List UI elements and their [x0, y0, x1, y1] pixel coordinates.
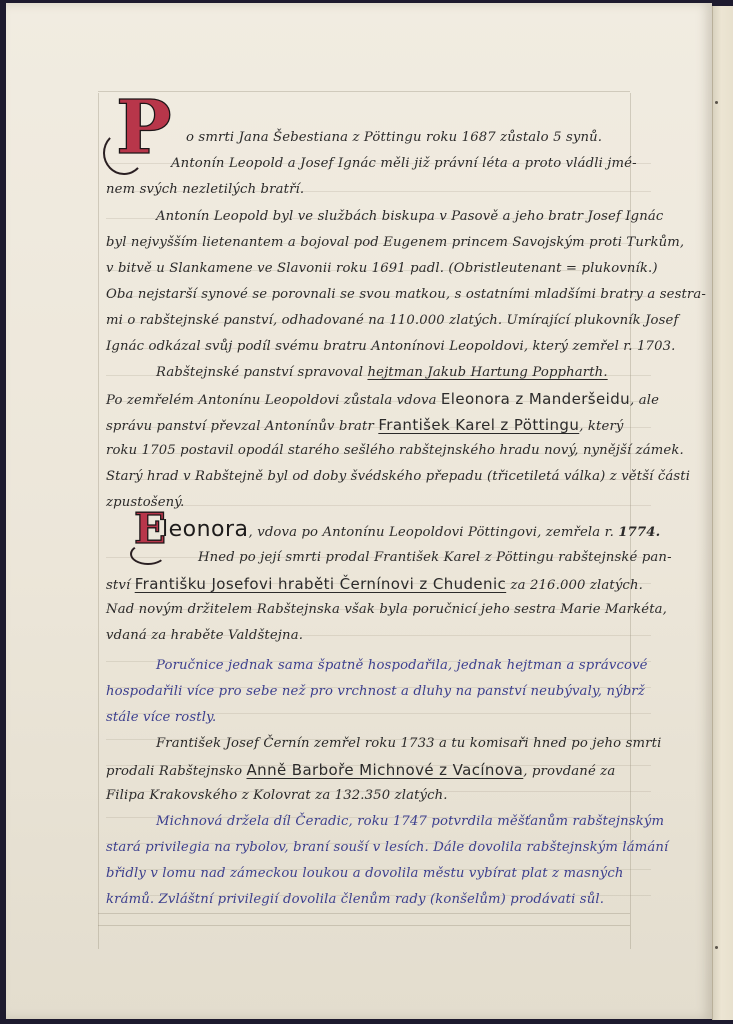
heading-name: leonora: [162, 517, 249, 542]
line-text: , provdané za: [523, 764, 615, 779]
text-line: prodali Rabštejnsko Anně Barboře Michnov…: [106, 761, 656, 781]
text-line: ství Františku Josefovi hraběti Černínov…: [106, 575, 656, 595]
line-text: ství: [106, 578, 135, 593]
text-line: nem svých nezletilých bratří.: [106, 181, 656, 199]
left-margin-line: [98, 93, 99, 949]
line-text: stará privilegia na rybolov, braní souší…: [106, 840, 668, 855]
text-line-blue: krámů. Zvláštní privilegií dovolila člen…: [106, 891, 656, 909]
underlined-name: Anně Barboře Michnové z Vacínova: [247, 761, 524, 779]
line-text: břidly v lomu nad zámeckou loukou a dovo…: [106, 866, 624, 881]
bottom-margin-line-2: [98, 925, 630, 926]
text-line-blue: Michnová držela díl Čeradic, roku 1747 p…: [106, 813, 656, 831]
line-text: Antonín Leopold a Josef Ignác měli již p…: [171, 156, 637, 171]
line-text: , vdova po Antonínu Leopoldovi Pöttingov…: [249, 525, 614, 540]
heading-year: 1774.: [618, 525, 660, 540]
text-line: o smrti Jana Šebestiana z Pöttingu roku …: [186, 129, 656, 147]
bottom-margin-line: [98, 913, 630, 914]
line-text: , který: [579, 419, 623, 434]
line-text: v bitvě u Slankamene ve Slavonii roku 16…: [106, 261, 658, 276]
line-text: Po zemřelém Antonínu Leopoldovi zůstala …: [106, 393, 441, 408]
line-text: Ignác odkázal svůj podíl svému bratru An…: [106, 339, 676, 354]
line-text: , ale: [630, 393, 659, 408]
text-line: Nad novým držitelem Rabštejnska však byl…: [106, 601, 656, 619]
text-line-blue: Poručnice jednak sama špatně hospodařila…: [106, 657, 656, 675]
line-text: byl nejvyšším lietenantem a bojoval pod …: [106, 235, 684, 250]
line-text: nem svých nezletilých bratří.: [106, 182, 304, 197]
text-line: Ignác odkázal svůj podíl svému bratru An…: [106, 338, 656, 356]
line-text: krámů. Zvláštní privilegií dovolila člen…: [106, 892, 604, 907]
text-line: Antonín Leopold a Josef Ignác měli již p…: [171, 155, 656, 173]
line-text: Filipa Krakovského z Kolovrat za 132.350…: [106, 788, 448, 803]
line-text: hospodařili více pro sebe než pro vrchno…: [106, 684, 645, 699]
text-line: František Josef Černín zemřel roku 1733 …: [106, 735, 656, 753]
line-text: stále více rostly.: [106, 710, 216, 725]
underlined-name: hejtman Jakub Hartung Poppharth.: [367, 365, 607, 380]
line-text: roku 1705 postavil opodál starého sešléh…: [106, 443, 684, 458]
text-line: Po zemřelém Antonínu Leopoldovi zůstala …: [106, 390, 656, 410]
line-text: správu panství převzal Antonínův bratr: [106, 419, 378, 434]
line-text: Oba nejstarší synové se porovnali se svo…: [106, 287, 706, 302]
text-line: roku 1705 postavil opodál starého sešléh…: [106, 442, 656, 460]
underlined-name: Františku Josefovi hraběti Černínovi z C…: [135, 575, 507, 593]
line-text: Michnová držela díl Čeradic, roku 1747 p…: [156, 814, 664, 829]
text-line-blue: hospodařili více pro sebe než pro vrchno…: [106, 683, 656, 701]
text-line: byl nejvyšším lietenantem a bojoval pod …: [106, 234, 656, 252]
text-line-blue: stále více rostly.: [106, 709, 656, 727]
text-line: Oba nejstarší synové se porovnali se svo…: [106, 286, 656, 304]
line-text: Nad novým držitelem Rabštejnska však byl…: [106, 602, 667, 617]
line-text: František Josef Černín zemřel roku 1733 …: [156, 736, 661, 751]
underlined-name: František Karel z Pöttingu: [378, 416, 579, 434]
text-line: v bitvě u Slankamene ve Slavonii roku 16…: [106, 260, 656, 278]
text-line: Rabštejnské panství spravoval hejtman Ja…: [106, 364, 656, 382]
binding-mark: [715, 101, 718, 104]
text-line: Antonín Leopold byl ve službách biskupa …: [106, 208, 656, 226]
line-text: Rabštejnské panství spravoval: [156, 365, 367, 380]
line-text: Hned po její smrti prodal František Kare…: [198, 550, 672, 565]
text-line-blue: stará privilegia na rybolov, braní souší…: [106, 839, 656, 857]
emphasized-name: Eleonora z Manderšeidu: [441, 390, 630, 408]
line-text: Antonín Leopold byl ve službách biskupa …: [156, 209, 663, 224]
line-text: prodali Rabštejnsko: [106, 764, 247, 779]
text-line: správu panství převzal Antonínův bratr F…: [106, 416, 656, 436]
line-text: mi o rabštejnské panství, odhadované na …: [106, 313, 679, 328]
text-line: vdaná za hraběte Valdštejna.: [106, 627, 656, 645]
text-line-blue: břidly v lomu nad zámeckou loukou a dovo…: [106, 865, 656, 883]
line-text: za 216.000 zlatých.: [506, 578, 643, 593]
manuscript-page: P o smrti Jana Šebestiana z Pöttingu rok…: [6, 3, 712, 1019]
text-line: zpustošený.: [106, 494, 656, 512]
line-text: o smrti Jana Šebestiana z Pöttingu roku …: [186, 130, 602, 145]
top-margin-line: [98, 91, 630, 92]
adjacent-page-edge: [712, 6, 733, 1020]
text-line: Filipa Krakovského z Kolovrat za 132.350…: [106, 787, 656, 805]
section-heading: leonora, vdova po Antonínu Leopoldovi Pö…: [162, 521, 657, 542]
text-line: Starý hrad v Rabštejně byl od doby švéds…: [106, 468, 656, 486]
text-line: mi o rabštejnské panství, odhadované na …: [106, 312, 656, 330]
line-text: Starý hrad v Rabštejně byl od doby švéds…: [106, 469, 690, 484]
binding-mark: [715, 946, 718, 949]
line-text: Poručnice jednak sama špatně hospodařila…: [156, 658, 648, 673]
decorated-initial-p: P: [116, 91, 172, 165]
text-line: Hned po její smrti prodal František Kare…: [198, 549, 656, 567]
line-text: vdaná za hraběte Valdštejna.: [106, 628, 303, 643]
